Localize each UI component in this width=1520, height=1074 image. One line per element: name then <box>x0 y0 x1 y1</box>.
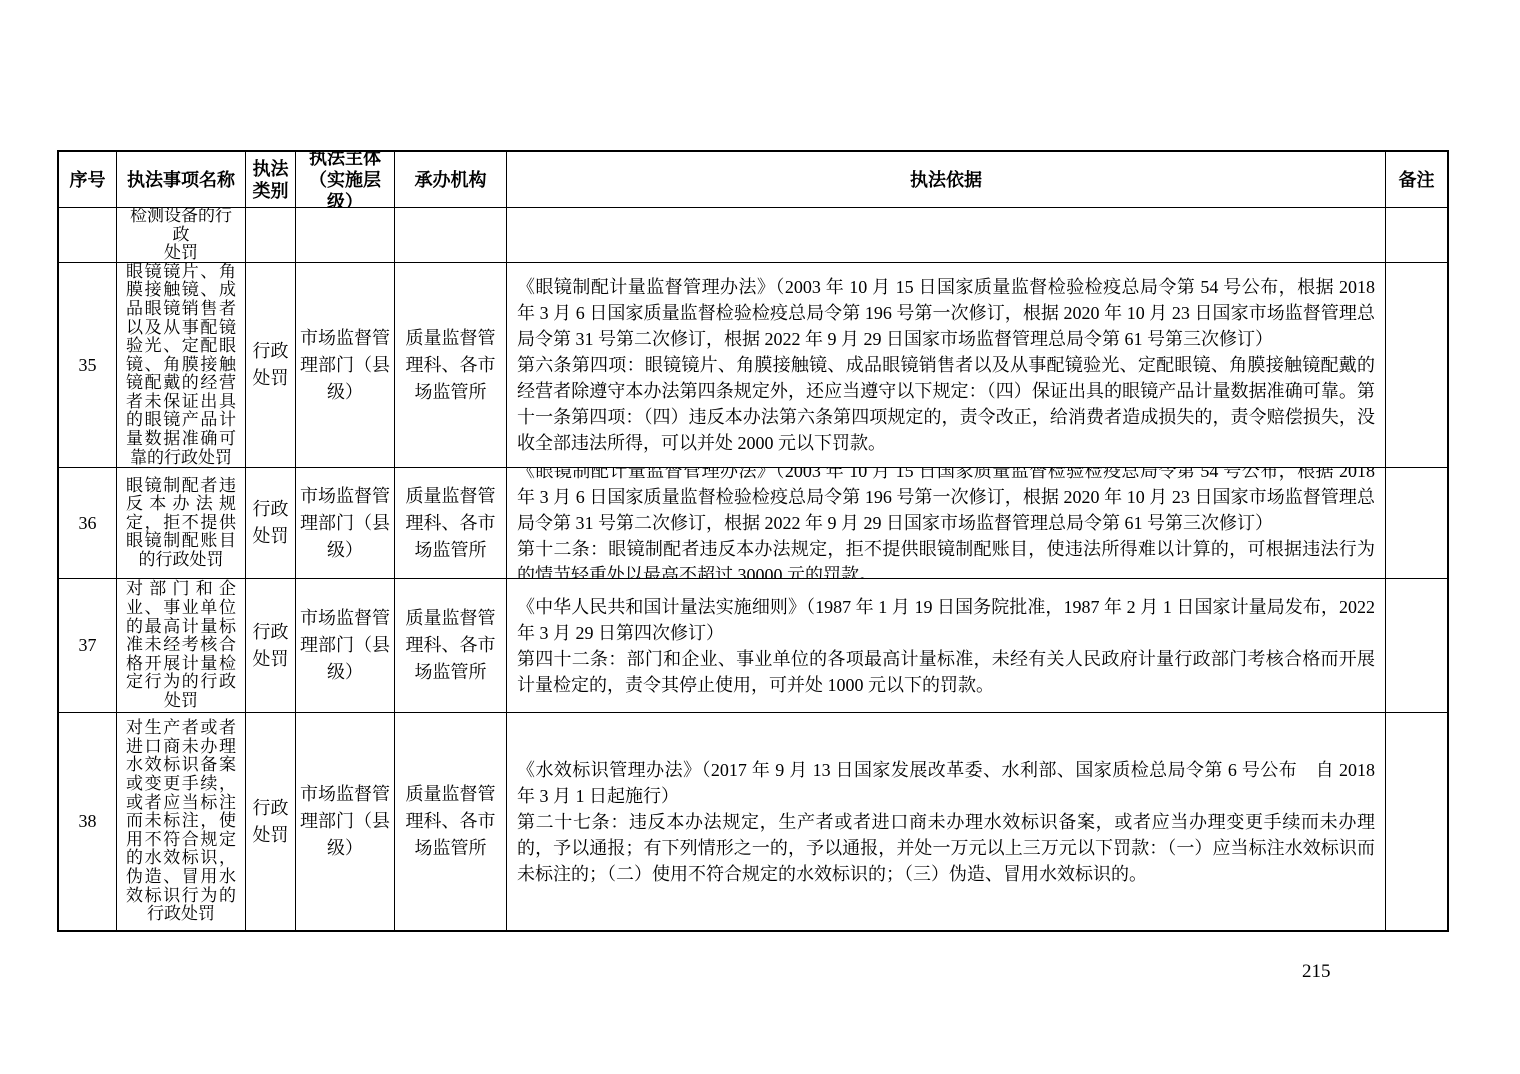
header-basis-label: 执法依据 <box>910 169 982 191</box>
cell-basis: 《眼镜制配计量监督管理办法》（2003 年 10 月 15 日国家质量监督检验检… <box>506 468 1385 578</box>
document-page: 序号 执法事项名称 执法类别 执法主体（实施层级） 承办机构 执法依据 备注 检… <box>0 0 1520 1074</box>
seq-value: 35 <box>79 355 97 376</box>
agency-value: 质量监督管理科、各市场监管所 <box>399 605 502 686</box>
agency-value: 质量监督管理科、各市场监管所 <box>399 781 502 862</box>
basis-article: 第六条第四项：眼镜镜片、角膜接触镜、成品眼镜销售者以及从事配镜验光、定配眼镜、角… <box>517 352 1375 456</box>
cell-basis: 《水效标识管理办法》（2017 年 9 月 13 日国家发展改革委、水利部、国家… <box>506 713 1385 930</box>
category-value: 行政处罚 <box>250 338 291 392</box>
cell-seq: 38 <box>59 713 116 930</box>
cell-note <box>1385 579 1447 712</box>
cell-basis <box>506 208 1385 262</box>
cell-category: 行政处罚 <box>245 263 295 467</box>
item-name-line: 处罚 <box>126 244 236 262</box>
category-value: 行政处罚 <box>250 496 291 550</box>
cell-item-name: 对生产者或者进口商未办理水效标识备案或变更手续，或者应当标注而未标注，使用不符合… <box>116 713 245 930</box>
item-name-value: 眼镜镜片、角膜接触镜、成品眼镜销售者以及从事配镜验光、定配眼镜、角膜接触镜配戴的… <box>126 263 236 467</box>
category-value: 行政处罚 <box>250 795 291 849</box>
cell-item-name: 检测设备的行 政 处罚 <box>116 208 245 262</box>
category-value: 行政处罚 <box>250 619 291 673</box>
cell-subject: 市场监督管理部门（县级） <box>295 713 394 930</box>
cell-seq: 36 <box>59 468 116 578</box>
basis-citation: 《水效标识管理办法》（2017 年 9 月 13 日国家发展改革委、水利部、国家… <box>517 757 1375 809</box>
header-agency: 承办机构 <box>394 152 506 207</box>
basis-article: 第四十二条：部门和企业、事业单位的各项最高计量标准，未经有关人民政府计量行政部门… <box>517 646 1375 698</box>
cell-subject: 市场监督管理部门（县级） <box>295 579 394 712</box>
header-category-label: 执法类别 <box>250 158 291 202</box>
table-row-36: 36 眼镜制配者违反本办法规定，拒不提供眼镜制配账目的行政处罚 行政处罚 市场监… <box>59 467 1447 578</box>
cell-note <box>1385 263 1447 467</box>
cell-agency: 质量监督管理科、各市场监管所 <box>394 468 506 578</box>
header-category: 执法类别 <box>245 152 295 207</box>
table-row-carryover: 检测设备的行 政 处罚 <box>59 207 1447 262</box>
agency-value: 质量监督管理科、各市场监管所 <box>399 325 502 406</box>
header-basis: 执法依据 <box>506 152 1385 207</box>
seq-value: 37 <box>79 635 97 656</box>
cell-item-name: 眼镜制配者违反本办法规定，拒不提供眼镜制配账目的行政处罚 <box>116 468 245 578</box>
cell-seq <box>59 208 116 262</box>
subject-value: 市场监督管理部门（县级） <box>300 325 390 406</box>
item-name-value: 对部门和企业、事业单位的最高计量标准未经考核合格开展计量检定行为的行政处罚 <box>126 580 236 710</box>
seq-value: 38 <box>79 811 97 832</box>
header-note: 备注 <box>1385 152 1447 207</box>
header-subject-label: 执法主体（实施层级） <box>300 152 390 207</box>
item-name-line: 检测设备的行 <box>126 208 236 226</box>
item-name-value: 眼镜制配者违反本办法规定，拒不提供眼镜制配账目的行政处罚 <box>126 477 236 570</box>
cell-category: 行政处罚 <box>245 468 295 578</box>
item-name-value: 对生产者或者进口商未办理水效标识备案或变更手续，或者应当标注而未标注，使用不符合… <box>126 719 236 924</box>
header-seq: 序号 <box>59 152 116 207</box>
table-row-35: 35 眼镜镜片、角膜接触镜、成品眼镜销售者以及从事配镜验光、定配眼镜、角膜接触镜… <box>59 262 1447 467</box>
header-note-label: 备注 <box>1399 169 1435 191</box>
cell-subject: 市场监督管理部门（县级） <box>295 468 394 578</box>
cell-basis: 《中华人民共和国计量法实施细则》（1987 年 1 月 19 日国务院批准，19… <box>506 579 1385 712</box>
cell-note <box>1385 208 1447 262</box>
cell-basis: 《眼镜制配计量监督管理办法》（2003 年 10 月 15 日国家质量监督检验检… <box>506 263 1385 467</box>
table-header-row: 序号 执法事项名称 执法类别 执法主体（实施层级） 承办机构 执法依据 备注 <box>59 152 1447 207</box>
cell-item-name: 眼镜镜片、角膜接触镜、成品眼镜销售者以及从事配镜验光、定配眼镜、角膜接触镜配戴的… <box>116 263 245 467</box>
agency-value: 质量监督管理科、各市场监管所 <box>399 483 502 564</box>
cell-category: 行政处罚 <box>245 579 295 712</box>
cell-agency: 质量监督管理科、各市场监管所 <box>394 579 506 712</box>
header-item-name: 执法事项名称 <box>116 152 245 207</box>
cell-seq: 35 <box>59 263 116 467</box>
subject-value: 市场监督管理部门（县级） <box>300 781 390 862</box>
subject-value: 市场监督管理部门（县级） <box>300 605 390 686</box>
basis-citation: 《眼镜制配计量监督管理办法》（2003 年 10 月 15 日国家质量监督检验检… <box>517 274 1375 352</box>
cell-category <box>245 208 295 262</box>
cell-seq: 37 <box>59 579 116 712</box>
cell-agency: 质量监督管理科、各市场监管所 <box>394 713 506 930</box>
header-seq-label: 序号 <box>70 169 106 191</box>
cell-subject: 市场监督管理部门（县级） <box>295 263 394 467</box>
header-subject: 执法主体（实施层级） <box>295 152 394 207</box>
cell-subject <box>295 208 394 262</box>
cell-category: 行政处罚 <box>245 713 295 930</box>
cell-agency: 质量监督管理科、各市场监管所 <box>394 263 506 467</box>
cell-note <box>1385 468 1447 578</box>
table-row-38: 38 对生产者或者进口商未办理水效标识备案或变更手续，或者应当标注而未标注，使用… <box>59 712 1447 930</box>
cell-item-name: 对部门和企业、事业单位的最高计量标准未经考核合格开展计量检定行为的行政处罚 <box>116 579 245 712</box>
page-number: 215 <box>1302 960 1331 984</box>
header-agency-label: 承办机构 <box>415 169 487 191</box>
subject-value: 市场监督管理部门（县级） <box>300 483 390 564</box>
enforcement-items-table: 序号 执法事项名称 执法类别 执法主体（实施层级） 承办机构 执法依据 备注 检… <box>57 150 1449 932</box>
basis-article: 第二十七条：违反本办法规定，生产者或者进口商未办理水效标识备案，或者应当办理变更… <box>517 809 1375 887</box>
basis-article: 第十二条：眼镜制配者违反本办法规定，拒不提供眼镜制配账目，使违法所得难以计算的，… <box>517 536 1375 578</box>
item-name-line: 政 <box>126 226 236 245</box>
cell-note <box>1385 713 1447 930</box>
table-row-37: 37 对部门和企业、事业单位的最高计量标准未经考核合格开展计量检定行为的行政处罚… <box>59 578 1447 712</box>
seq-value: 36 <box>79 513 97 534</box>
cell-agency <box>394 208 506 262</box>
basis-citation: 《中华人民共和国计量法实施细则》（1987 年 1 月 19 日国务院批准，19… <box>517 594 1375 646</box>
header-item-name-label: 执法事项名称 <box>127 169 235 191</box>
basis-citation: 《眼镜制配计量监督管理办法》（2003 年 10 月 15 日国家质量监督检验检… <box>517 468 1375 536</box>
